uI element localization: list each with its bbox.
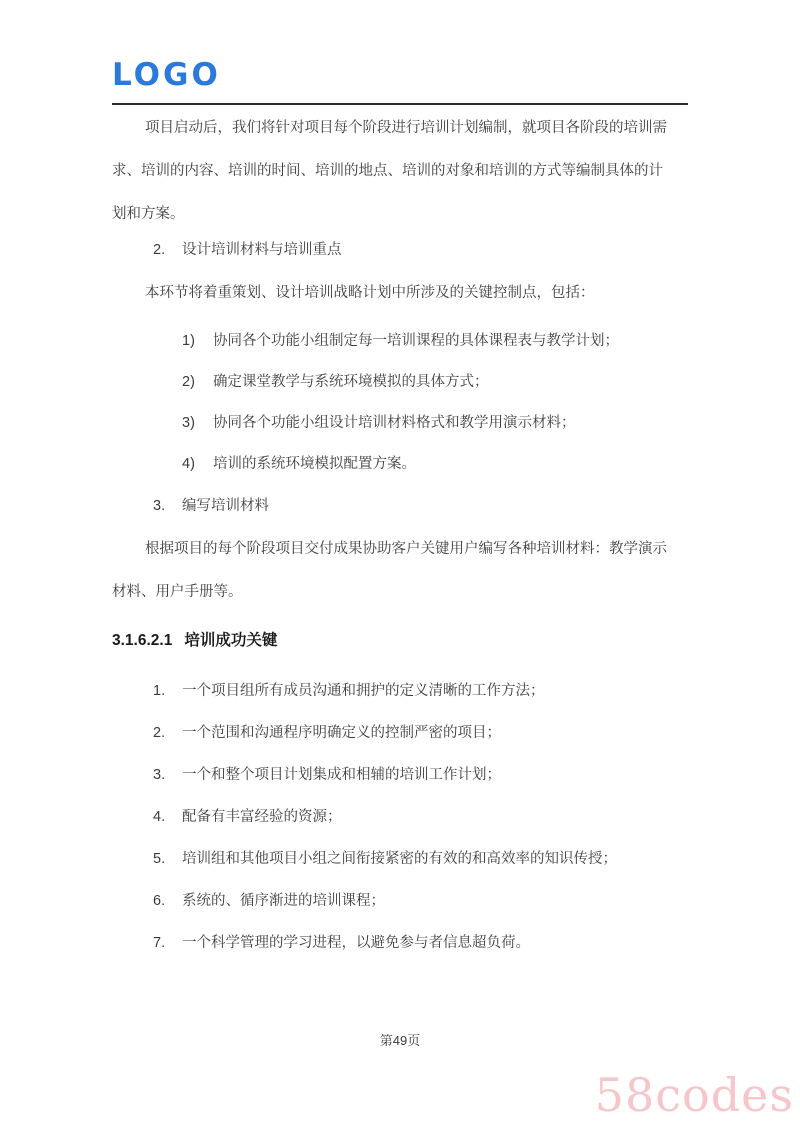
paragraph-intro: 项目启动后，我们将针对项目每个阶段进行培训计划编制，就项目各阶段的培训需 求、培… bbox=[112, 107, 688, 236]
list-number: 2) bbox=[182, 362, 213, 403]
list-number: 1. bbox=[153, 670, 182, 712]
sub-list-item: 2) 确定课堂教学与系统环境模拟的具体方式； bbox=[112, 362, 688, 403]
list-text: 协同各个功能小组设计培训材料格式和教学用演示材料； bbox=[213, 403, 576, 444]
list-number: 1) bbox=[182, 321, 213, 362]
list-text: 协同各个功能小组制定每一培训课程的具体课程表与教学计划； bbox=[213, 321, 619, 362]
section-title: 培训成功关键 bbox=[184, 632, 277, 649]
list-number: 6. bbox=[153, 880, 182, 922]
list-item-design-training: 2. 设计培训材料与培训重点 bbox=[112, 229, 688, 272]
list-number: 3. bbox=[153, 485, 182, 528]
paragraph-line: 根据项目的每个阶段项目交付成果协助客户关键用户编写各种培训材料：教学演示 bbox=[112, 528, 688, 571]
paragraph-line: 求、培训的内容、培训的时间、培训的地点、培训的对象和培训的方式等编制具体的计 bbox=[112, 150, 688, 193]
list-text: 编写培训材料 bbox=[182, 485, 269, 528]
list-number: 7. bbox=[153, 922, 182, 964]
key-list-item: 2. 一个范围和沟通程序明确定义的控制严密的项目； bbox=[112, 712, 688, 754]
list-number: 2. bbox=[153, 712, 182, 754]
list-item-write-materials: 3. 编写培训材料 bbox=[112, 485, 688, 528]
key-list-item: 4. 配备有丰富经验的资源； bbox=[112, 796, 688, 838]
key-list-item: 6. 系统的、循序渐进的培训课程； bbox=[112, 880, 688, 922]
header-divider bbox=[112, 103, 688, 105]
paragraph-materials: 根据项目的每个阶段项目交付成果协助客户关键用户编写各种培训材料：教学演示 材料、… bbox=[112, 528, 688, 614]
paragraph-line: 项目启动后，我们将针对项目每个阶段进行培训计划编制，就项目各阶段的培训需 bbox=[112, 107, 688, 150]
section-heading: 3.1.6.2.1培训成功关键 bbox=[112, 626, 688, 656]
list-number: 4) bbox=[182, 444, 213, 485]
sub-list-item: 1) 协同各个功能小组制定每一培训课程的具体课程表与教学计划； bbox=[112, 321, 688, 362]
list-text: 培训的系统环境模拟配置方案。 bbox=[213, 444, 416, 485]
sub-list-item: 4) 培训的系统环境模拟配置方案。 bbox=[112, 444, 688, 485]
list-text: 一个科学管理的学习进程，以避免参与者信息超负荷。 bbox=[182, 922, 530, 964]
sub-list: 1) 协同各个功能小组制定每一培训课程的具体课程表与教学计划； 2) 确定课堂教… bbox=[112, 321, 688, 485]
list-number: 3. bbox=[153, 754, 182, 796]
key-list-item: 5. 培训组和其他项目小组之间衔接紧密的有效的和高效率的知识传授； bbox=[112, 838, 688, 880]
list-text: 系统的、循序渐进的培训课程； bbox=[182, 880, 385, 922]
list-number: 2. bbox=[153, 229, 182, 272]
list-text: 配备有丰富经验的资源； bbox=[182, 796, 342, 838]
list-text: 培训组和其他项目小组之间衔接紧密的有效的和高效率的知识传授； bbox=[182, 838, 617, 880]
list-text: 设计培训材料与培训重点 bbox=[182, 229, 342, 272]
paragraph-line: 材料、用户手册等。 bbox=[112, 571, 688, 614]
list-number: 3) bbox=[182, 403, 213, 444]
watermark: 58codes bbox=[595, 1072, 794, 1118]
list-text: 一个和整个项目计划集成和相辅的培训工作计划； bbox=[182, 754, 501, 796]
list-number: 4. bbox=[153, 796, 182, 838]
paragraph-control-points: 本环节将着重策划、设计培训战略计划中所涉及的关键控制点，包括： bbox=[112, 272, 688, 315]
list-text: 一个范围和沟通程序明确定义的控制严密的项目； bbox=[182, 712, 501, 754]
list-text: 确定课堂教学与系统环境模拟的具体方式； bbox=[213, 362, 489, 403]
list-number: 5. bbox=[153, 838, 182, 880]
key-list-item: 3. 一个和整个项目计划集成和相辅的培训工作计划； bbox=[112, 754, 688, 796]
list-text: 一个项目组所有成员沟通和拥护的定义清晰的工作方法； bbox=[182, 670, 545, 712]
key-list-item: 7. 一个科学管理的学习进程，以避免参与者信息超负荷。 bbox=[112, 922, 688, 964]
document-page: LOGO 项目启动后，我们将针对项目每个阶段进行培训计划编制，就项目各阶段的培训… bbox=[0, 0, 800, 1132]
key-list-item: 1. 一个项目组所有成员沟通和拥护的定义清晰的工作方法； bbox=[112, 670, 688, 712]
page-number: 第49页 bbox=[0, 1030, 800, 1049]
key-success-list: 1. 一个项目组所有成员沟通和拥护的定义清晰的工作方法； 2. 一个范围和沟通程… bbox=[112, 670, 688, 964]
sub-list-item: 3) 协同各个功能小组设计培训材料格式和教学用演示材料； bbox=[112, 403, 688, 444]
section-number: 3.1.6.2.1 bbox=[112, 632, 172, 649]
logo: LOGO bbox=[112, 0, 688, 92]
